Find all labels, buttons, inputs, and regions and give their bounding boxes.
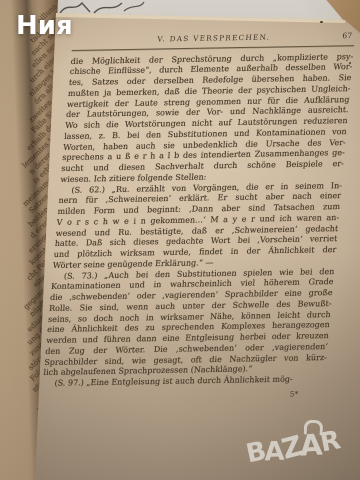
paper-speck <box>349 62 351 64</box>
paragraph: (S. 62.) „Ru. erzählt von Vorgängen, die… <box>52 181 342 272</box>
book-photo: eillunstade, wiesucht seiellen serurch e… <box>0 0 360 480</box>
paragraph: (S. 73.) „Auch bei den Substitutionen sp… <box>43 267 335 379</box>
signature-mark: 5* <box>41 389 324 403</box>
chapter-title: V. DAS VERSPRECHEN. <box>72 31 355 45</box>
page-content: V. DAS VERSPRECHEN. 67 die Möglichkeit d… <box>41 31 356 403</box>
paper-speck <box>320 21 323 23</box>
right-page: V. DAS VERSPRECHEN. 67 die Möglichkeit d… <box>0 0 360 480</box>
page-number: 67 <box>342 31 352 40</box>
paragraph: die Möglichkeit der Sprechstörung durch … <box>60 52 354 186</box>
seller-name-overlay: Ния <box>16 11 73 41</box>
text-block: die Möglichkeit der Sprechstörung durch … <box>42 52 354 390</box>
watermark-letter: R <box>317 426 340 459</box>
